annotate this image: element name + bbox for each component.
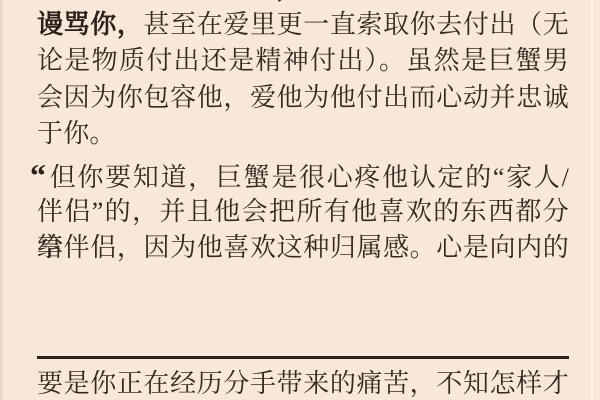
paragraph-2: “但你要知道，巨蟹是很心疼他认定的“家人/ 伴侣”的，并且他会把所有他喜欢的东西… — [37, 157, 569, 267]
left-edge-shade — [0, 0, 3, 400]
article-content: 会嫌弃你付出得不够，觉得理所当然甚至也会 谩骂你，甚至在爱里更一直索取你去付出（… — [37, 0, 569, 400]
footer-line-1: 要是你正在经历分手带来的痛苦，不知怎样才 — [37, 366, 569, 400]
paragraph-2-line-2: 伴侣”的，并且他会把所有他喜欢的东西都分享 — [37, 194, 569, 231]
paragraph-1-line-3: 会因为你包容他，爱他为他付出而心动并忠诚 — [37, 80, 569, 117]
line-1-rest-text: 甚至在爱里更一直索取你去付出（无 — [143, 10, 569, 39]
paragraph-2-line-3: 给伴侣，因为他喜欢这种归属感。心是向内的 — [37, 230, 569, 267]
opening-quote-icon: “ — [30, 157, 46, 193]
article-page: 会嫌弃你付出得不够，觉得理所当然甚至也会 谩骂你，甚至在爱里更一直索取你去付出（… — [0, 0, 600, 400]
paragraph-2-line-1-text: 但你要知道，巨蟹是很心疼他认定的“家人/ — [48, 163, 569, 192]
right-edge-shade — [590, 0, 594, 400]
top-clipped-line: 会嫌弃你付出得不够，觉得理所当然甚至也会 — [37, 0, 569, 7]
paragraph-1-line-1: 谩骂你，甚至在爱里更一直索取你去付出（无 — [37, 7, 569, 44]
section-divider — [37, 356, 569, 359]
paragraph-1: 会嫌弃你付出得不够，觉得理所当然甚至也会 谩骂你，甚至在爱里更一直索取你去付出（… — [37, 0, 569, 153]
paragraph-2-line-1: “但你要知道，巨蟹是很心疼他认定的“家人/ — [37, 157, 569, 194]
paragraph-1-line-4: 于你。 — [37, 116, 569, 153]
bold-lead-text: 谩骂你， — [37, 10, 143, 39]
paragraph-1-line-2: 论是物质付出还是精神付出）。虽然是巨蟹男 — [37, 43, 569, 80]
footer-paragraph: 要是你正在经历分手带来的痛苦，不知怎样才 — [37, 366, 569, 400]
